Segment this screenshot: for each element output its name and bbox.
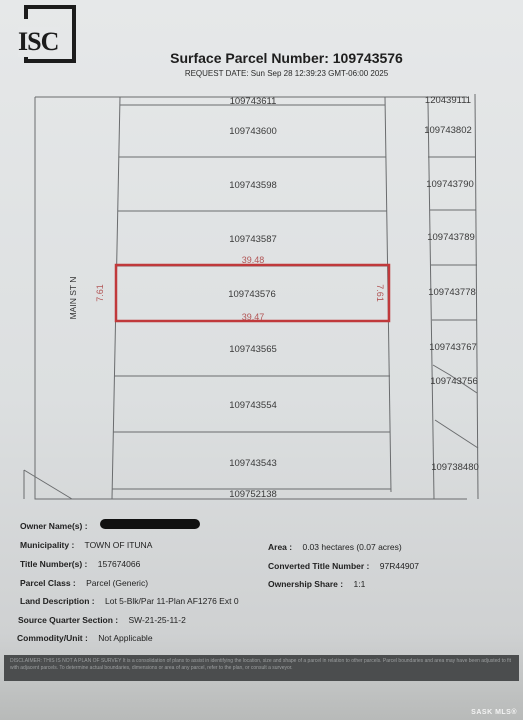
area-row: Area : 0.03 hectares (0.07 acres) [268, 542, 402, 552]
parcel-label[interactable]: 109743611 [230, 96, 277, 107]
owner-label: Owner Name(s) : [20, 521, 88, 531]
parcel-map: 109743611 109743600 109743598 109743587 … [0, 0, 523, 520]
parcel-label[interactable]: 109743543 [229, 458, 277, 469]
municipality-label: Municipality : [20, 540, 74, 550]
parcel-label[interactable]: 109743790 [426, 179, 474, 190]
commodity-label: Commodity/Unit : [17, 633, 88, 643]
area-value: 0.03 hectares (0.07 acres) [302, 542, 401, 552]
title-number-label: Title Number(s) : [20, 559, 87, 569]
subject-parcel-label[interactable]: 109743576 [228, 289, 276, 300]
area-label: Area : [268, 542, 292, 552]
parcel-class-row: Parcel Class : Parcel (Generic) [20, 578, 148, 588]
parcel-label[interactable]: 109743789 [427, 232, 475, 243]
ownership-share-row: Ownership Share : 1:1 [268, 579, 365, 589]
parcel-label[interactable]: 109752138 [229, 489, 277, 500]
commodity-row: Commodity/Unit : Not Applicable [17, 633, 153, 643]
parcel-label[interactable]: 109743565 [229, 344, 277, 355]
ownership-share-label: Ownership Share : [268, 579, 343, 589]
parcel-label[interactable]: 109743778 [428, 287, 476, 298]
south-dimension: 39.47 [242, 312, 265, 322]
converted-title-row: Converted Title Number : 97R44907 [268, 561, 419, 571]
converted-title-label: Converted Title Number : [268, 561, 369, 571]
parcel-label[interactable]: 109743554 [229, 400, 277, 411]
source-quarter-row: Source Quarter Section : SW-21-25-11-2 [18, 615, 186, 625]
ownership-share-value: 1:1 [353, 579, 365, 589]
parcel-label[interactable]: 109738480 [431, 462, 479, 473]
owner-redaction [100, 519, 200, 529]
owner-row: Owner Name(s) : [20, 521, 96, 531]
parcel-class-value: Parcel (Generic) [86, 578, 148, 588]
east-dimension: 7.61 [375, 284, 385, 302]
municipality-row: Municipality : TOWN OF ITUNA [20, 540, 152, 550]
converted-title-value: 97R44907 [380, 561, 419, 571]
land-description-value: Lot 5-Blk/Par 11-Plan AF1276 Ext 0 [105, 596, 239, 606]
source-quarter-value: SW-21-25-11-2 [129, 615, 186, 625]
source-quarter-label: Source Quarter Section : [18, 615, 118, 625]
municipality-value: TOWN OF ITUNA [85, 540, 153, 550]
north-dimension: 39.48 [242, 255, 265, 265]
parcel-label[interactable]: 109743600 [229, 126, 277, 137]
west-dimension: 7.61 [95, 284, 105, 302]
parcel-label[interactable]: 120439111 [425, 95, 471, 106]
sask-mls-watermark: SASK MLS® [471, 709, 517, 716]
parcel-label[interactable]: 109743767 [429, 342, 477, 353]
land-description-row: Land Description : Lot 5-Blk/Par 11-Plan… [20, 596, 239, 606]
parcel-label[interactable]: 109743598 [229, 180, 277, 191]
parcel-label[interactable]: 109743756 [430, 376, 478, 387]
commodity-value: Not Applicable [98, 633, 152, 643]
parcel-label[interactable]: 109743587 [229, 234, 277, 245]
parcel-label[interactable]: 109743802 [424, 125, 472, 136]
land-description-label: Land Description : [20, 596, 95, 606]
title-number-row: Title Number(s) : 157674066 [20, 559, 140, 569]
disclaimer-banner: DISCLAIMER: THIS IS NOT A PLAN OF SURVEY… [4, 655, 519, 681]
title-number-value: 157674066 [98, 559, 141, 569]
street-label: MAIN ST N [68, 277, 78, 320]
parcel-class-label: Parcel Class : [20, 578, 76, 588]
